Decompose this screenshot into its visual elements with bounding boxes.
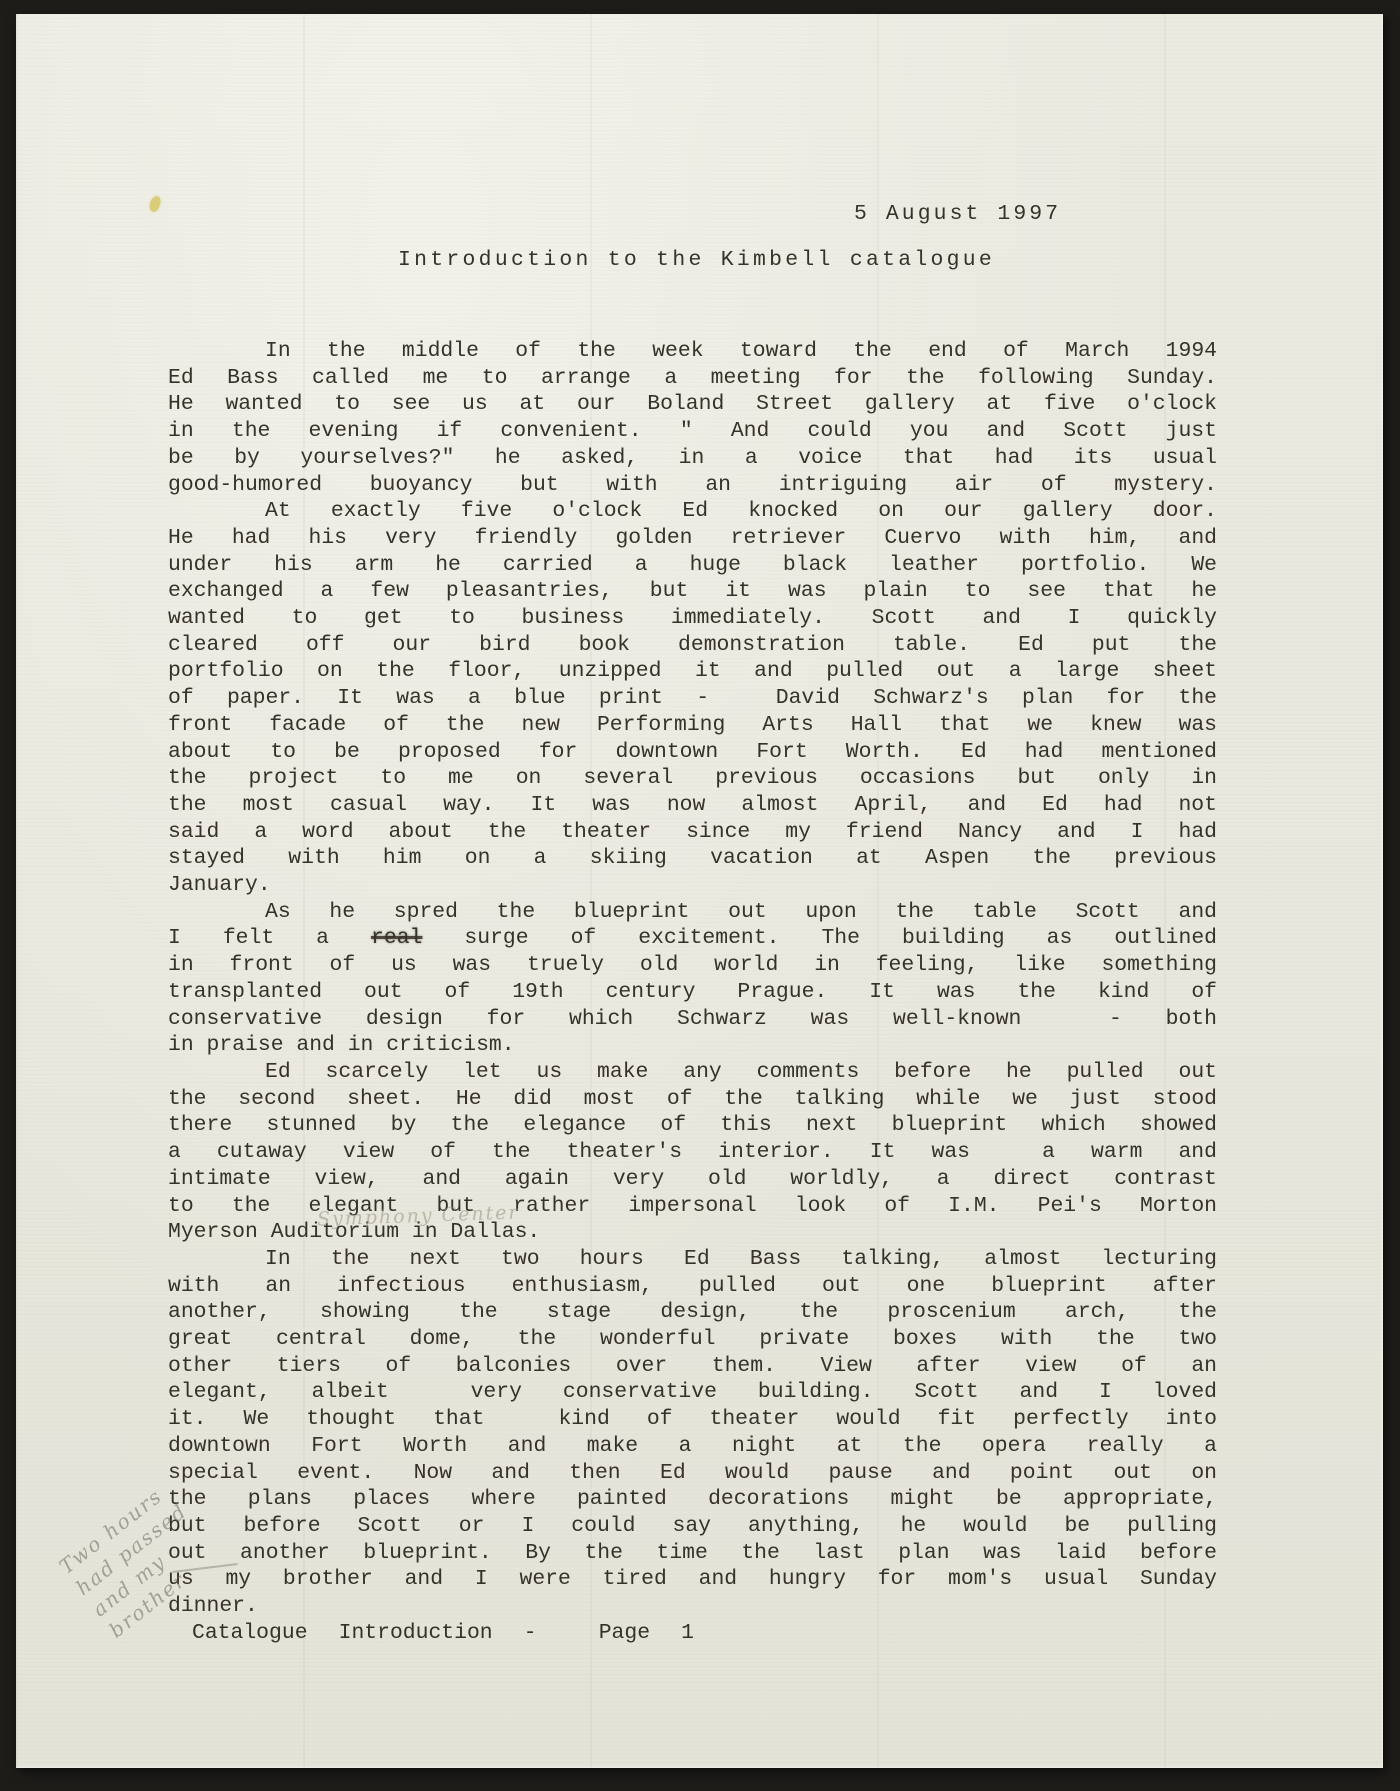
document-line: but before Scott or I could say anything… xyxy=(168,1513,1217,1540)
document-line: exchanged a few pleasantries, but it was… xyxy=(168,578,1217,605)
document-line: in praise and in criticism. xyxy=(168,1032,1217,1059)
document-line: elegant, albeit very conservative buildi… xyxy=(168,1379,1217,1406)
document-line: front facade of the new Performing Arts … xyxy=(168,712,1217,739)
document-line: with an infectious enthusiasm, pulled ou… xyxy=(168,1273,1217,1300)
document-line: the project to me on several previous oc… xyxy=(168,765,1217,792)
document-line: in front of us was truely old world in f… xyxy=(168,952,1217,979)
document-line: intimate view, and again very old worldl… xyxy=(168,1166,1217,1193)
document-line: In the next two hours Ed Bass talking, a… xyxy=(168,1246,1217,1273)
document-line: In the middle of the week toward the end… xyxy=(168,338,1217,365)
document-line: I felt a real surge of excitement. The b… xyxy=(168,925,1217,952)
document-line: the most casual way. It was now almost A… xyxy=(168,792,1217,819)
document-line: January. xyxy=(168,872,1217,899)
paragraph: At exactly five o'clock Ed knocked on ou… xyxy=(168,498,1217,899)
document-date: 5 August 1997 xyxy=(854,202,1061,226)
document-line: He wanted to see us at our Boland Street… xyxy=(168,391,1217,418)
document-line: transplanted out of 19th century Prague.… xyxy=(168,979,1217,1006)
document-line: said a word about the theater since my f… xyxy=(168,819,1217,846)
document-line: there stunned by the elegance of this ne… xyxy=(168,1112,1217,1139)
document-line: a cutaway view of the theater's interior… xyxy=(168,1139,1217,1166)
document-line: other tiers of balconies over them. View… xyxy=(168,1353,1217,1380)
document-line: of paper. It was a blue print - David Sc… xyxy=(168,685,1217,712)
document-line: about to be proposed for downtown Fort W… xyxy=(168,739,1217,766)
document-line: special event. Now and then Ed would pau… xyxy=(168,1460,1217,1487)
document-line: great central dome, the wonderful privat… xyxy=(168,1326,1217,1353)
document-title: Introduction to the Kimbell catalogue xyxy=(398,248,995,272)
document-line: be by yourselves?" he asked, in a voice … xyxy=(168,445,1217,472)
document-line: out another blueprint. By the time the l… xyxy=(168,1540,1217,1567)
paragraph: As he spred the blueprint out upon the t… xyxy=(168,899,1217,1059)
document-line: As he spred the blueprint out upon the t… xyxy=(168,899,1217,926)
document-line: downtown Fort Worth and make a night at … xyxy=(168,1433,1217,1460)
page-footer: Catalogue Introduction - Page 1 xyxy=(192,1620,694,1647)
document-line: At exactly five o'clock Ed knocked on ou… xyxy=(168,498,1217,525)
document-line: conservative design for which Schwarz wa… xyxy=(168,1006,1217,1033)
document-line: another, showing the stage design, the p… xyxy=(168,1299,1217,1326)
document-line: dinner. xyxy=(168,1593,1217,1620)
paragraph: In the next two hours Ed Bass talking, a… xyxy=(168,1246,1217,1620)
document-line: Ed scarcely let us make any comments bef… xyxy=(168,1059,1217,1086)
document-line: good-humored buoyancy but with an intrig… xyxy=(168,472,1217,499)
scanned-page: 5 August 1997 Introduction to the Kimbel… xyxy=(16,14,1383,1768)
scan-background: { "page": { "date": "5 August 1997", "ti… xyxy=(0,0,1400,1791)
document-line: cleared off our bird book demonstration … xyxy=(168,632,1217,659)
document-line: us my brother and I were tired and hungr… xyxy=(168,1566,1217,1593)
paper-stain xyxy=(148,195,161,213)
document-line: the second sheet. He did most of the tal… xyxy=(168,1086,1217,1113)
document-line: in the evening if convenient. " And coul… xyxy=(168,418,1217,445)
strikethrough-word: real xyxy=(371,926,422,950)
document-line: the plans places where painted decoratio… xyxy=(168,1486,1217,1513)
document-line: wanted to get to business immediately. S… xyxy=(168,605,1217,632)
document-line: it. We thought that kind of theater woul… xyxy=(168,1406,1217,1433)
paragraph: In the middle of the week toward the end… xyxy=(168,338,1217,498)
document-line: under his arm he carried a huge black le… xyxy=(168,552,1217,579)
document-line: stayed with him on a skiing vacation at … xyxy=(168,845,1217,872)
document-line: He had his very friendly golden retrieve… xyxy=(168,525,1217,552)
text-run: surge of excitement. The building as out… xyxy=(422,926,1217,950)
document-body: In the middle of the week toward the end… xyxy=(168,338,1217,1646)
text-run: I felt a xyxy=(168,926,371,950)
document-line: portfolio on the floor, unzipped it and … xyxy=(168,658,1217,685)
document-line: Ed Bass called me to arrange a meeting f… xyxy=(168,365,1217,392)
